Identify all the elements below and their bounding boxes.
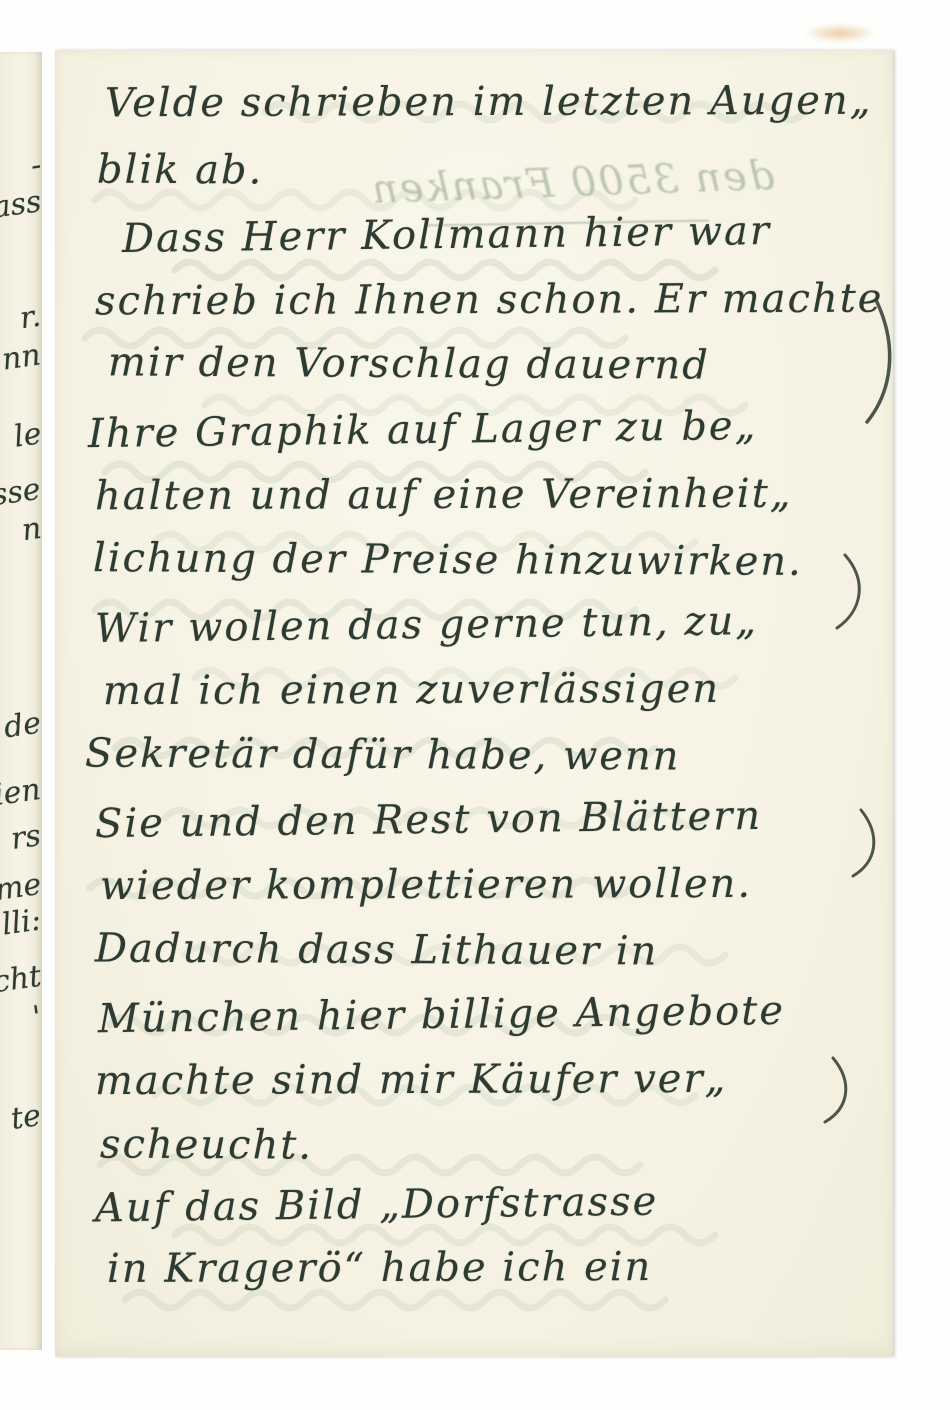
- letter-page: den 3500 Franken Velde schrieben im letz…: [55, 50, 893, 1357]
- handwritten-line: Auf das Bild „Dorfstrasse: [95, 1182, 659, 1229]
- page-fragment: lli:: [0, 902, 42, 942]
- page-fragment: de: [2, 706, 42, 746]
- handwritten-line: Sie und den Rest von Blättern: [95, 796, 763, 844]
- previous-page-strip: -lassr.nnlessendeienrsmelli:cht'te: [0, 52, 42, 1350]
- handwritten-line: mir den Vorschlag dauernd: [108, 342, 710, 385]
- handwritten-line: Velde schrieben im letzten Augen„: [105, 81, 873, 124]
- page-fragment: ien: [0, 772, 42, 813]
- handwritten-line: mal ich einen zuverlässigen: [103, 669, 720, 711]
- page-fragment: nn: [0, 337, 42, 377]
- handwritten-line: Sekretär dafür habe, wenn: [85, 733, 681, 776]
- handwritten-line: scheucht.: [100, 1124, 313, 1165]
- handwritten-line: München hier billige Angebote: [98, 991, 785, 1039]
- page-fragment: r.: [18, 299, 42, 337]
- page-fragment: le: [11, 416, 42, 454]
- page-fragment: rs: [9, 818, 42, 857]
- handwritten-line: schrieb ich Ihnen schon. Er machte: [95, 279, 884, 322]
- handwritten-line: blik ab.: [97, 150, 264, 191]
- page-fragment: ': [30, 1000, 42, 1036]
- handwritten-line: machte sind mir Käufer ver„: [95, 1059, 727, 1101]
- page-fragment: lass: [0, 184, 42, 227]
- page-fragment: -: [28, 147, 42, 183]
- page-fragment: cht: [0, 959, 42, 1000]
- ink-flourishes: [825, 302, 890, 1122]
- handwritten-line: halten und auf eine Vereinheit„: [95, 474, 793, 516]
- handwritten-line: Ihre Graphik auf Lager zu be„: [88, 406, 758, 454]
- handwritten-line: Wir wollen das gerne tun, zu„: [95, 601, 758, 649]
- ghost-amount-text: den 3500 Franken: [369, 153, 775, 213]
- scan-background: -lassr.nnlessendeienrsmelli:cht'te: [0, 0, 950, 1410]
- handwritten-line: Dadurch dass Lithauer in: [95, 929, 659, 972]
- page-fragment: te: [9, 1098, 42, 1137]
- handwritten-line: lichung der Preise hinzuwirken.: [93, 538, 803, 582]
- page-fragment: n: [19, 511, 42, 548]
- stain-mark: [803, 23, 877, 43]
- page-fragment: sse: [0, 472, 42, 513]
- handwritten-line: wieder komplettieren wollen.: [100, 864, 752, 906]
- handwritten-line: in Kragerö“ habe ich ein: [107, 1247, 652, 1289]
- handwritten-line: Dass Herr Kollmann hier war: [122, 211, 771, 259]
